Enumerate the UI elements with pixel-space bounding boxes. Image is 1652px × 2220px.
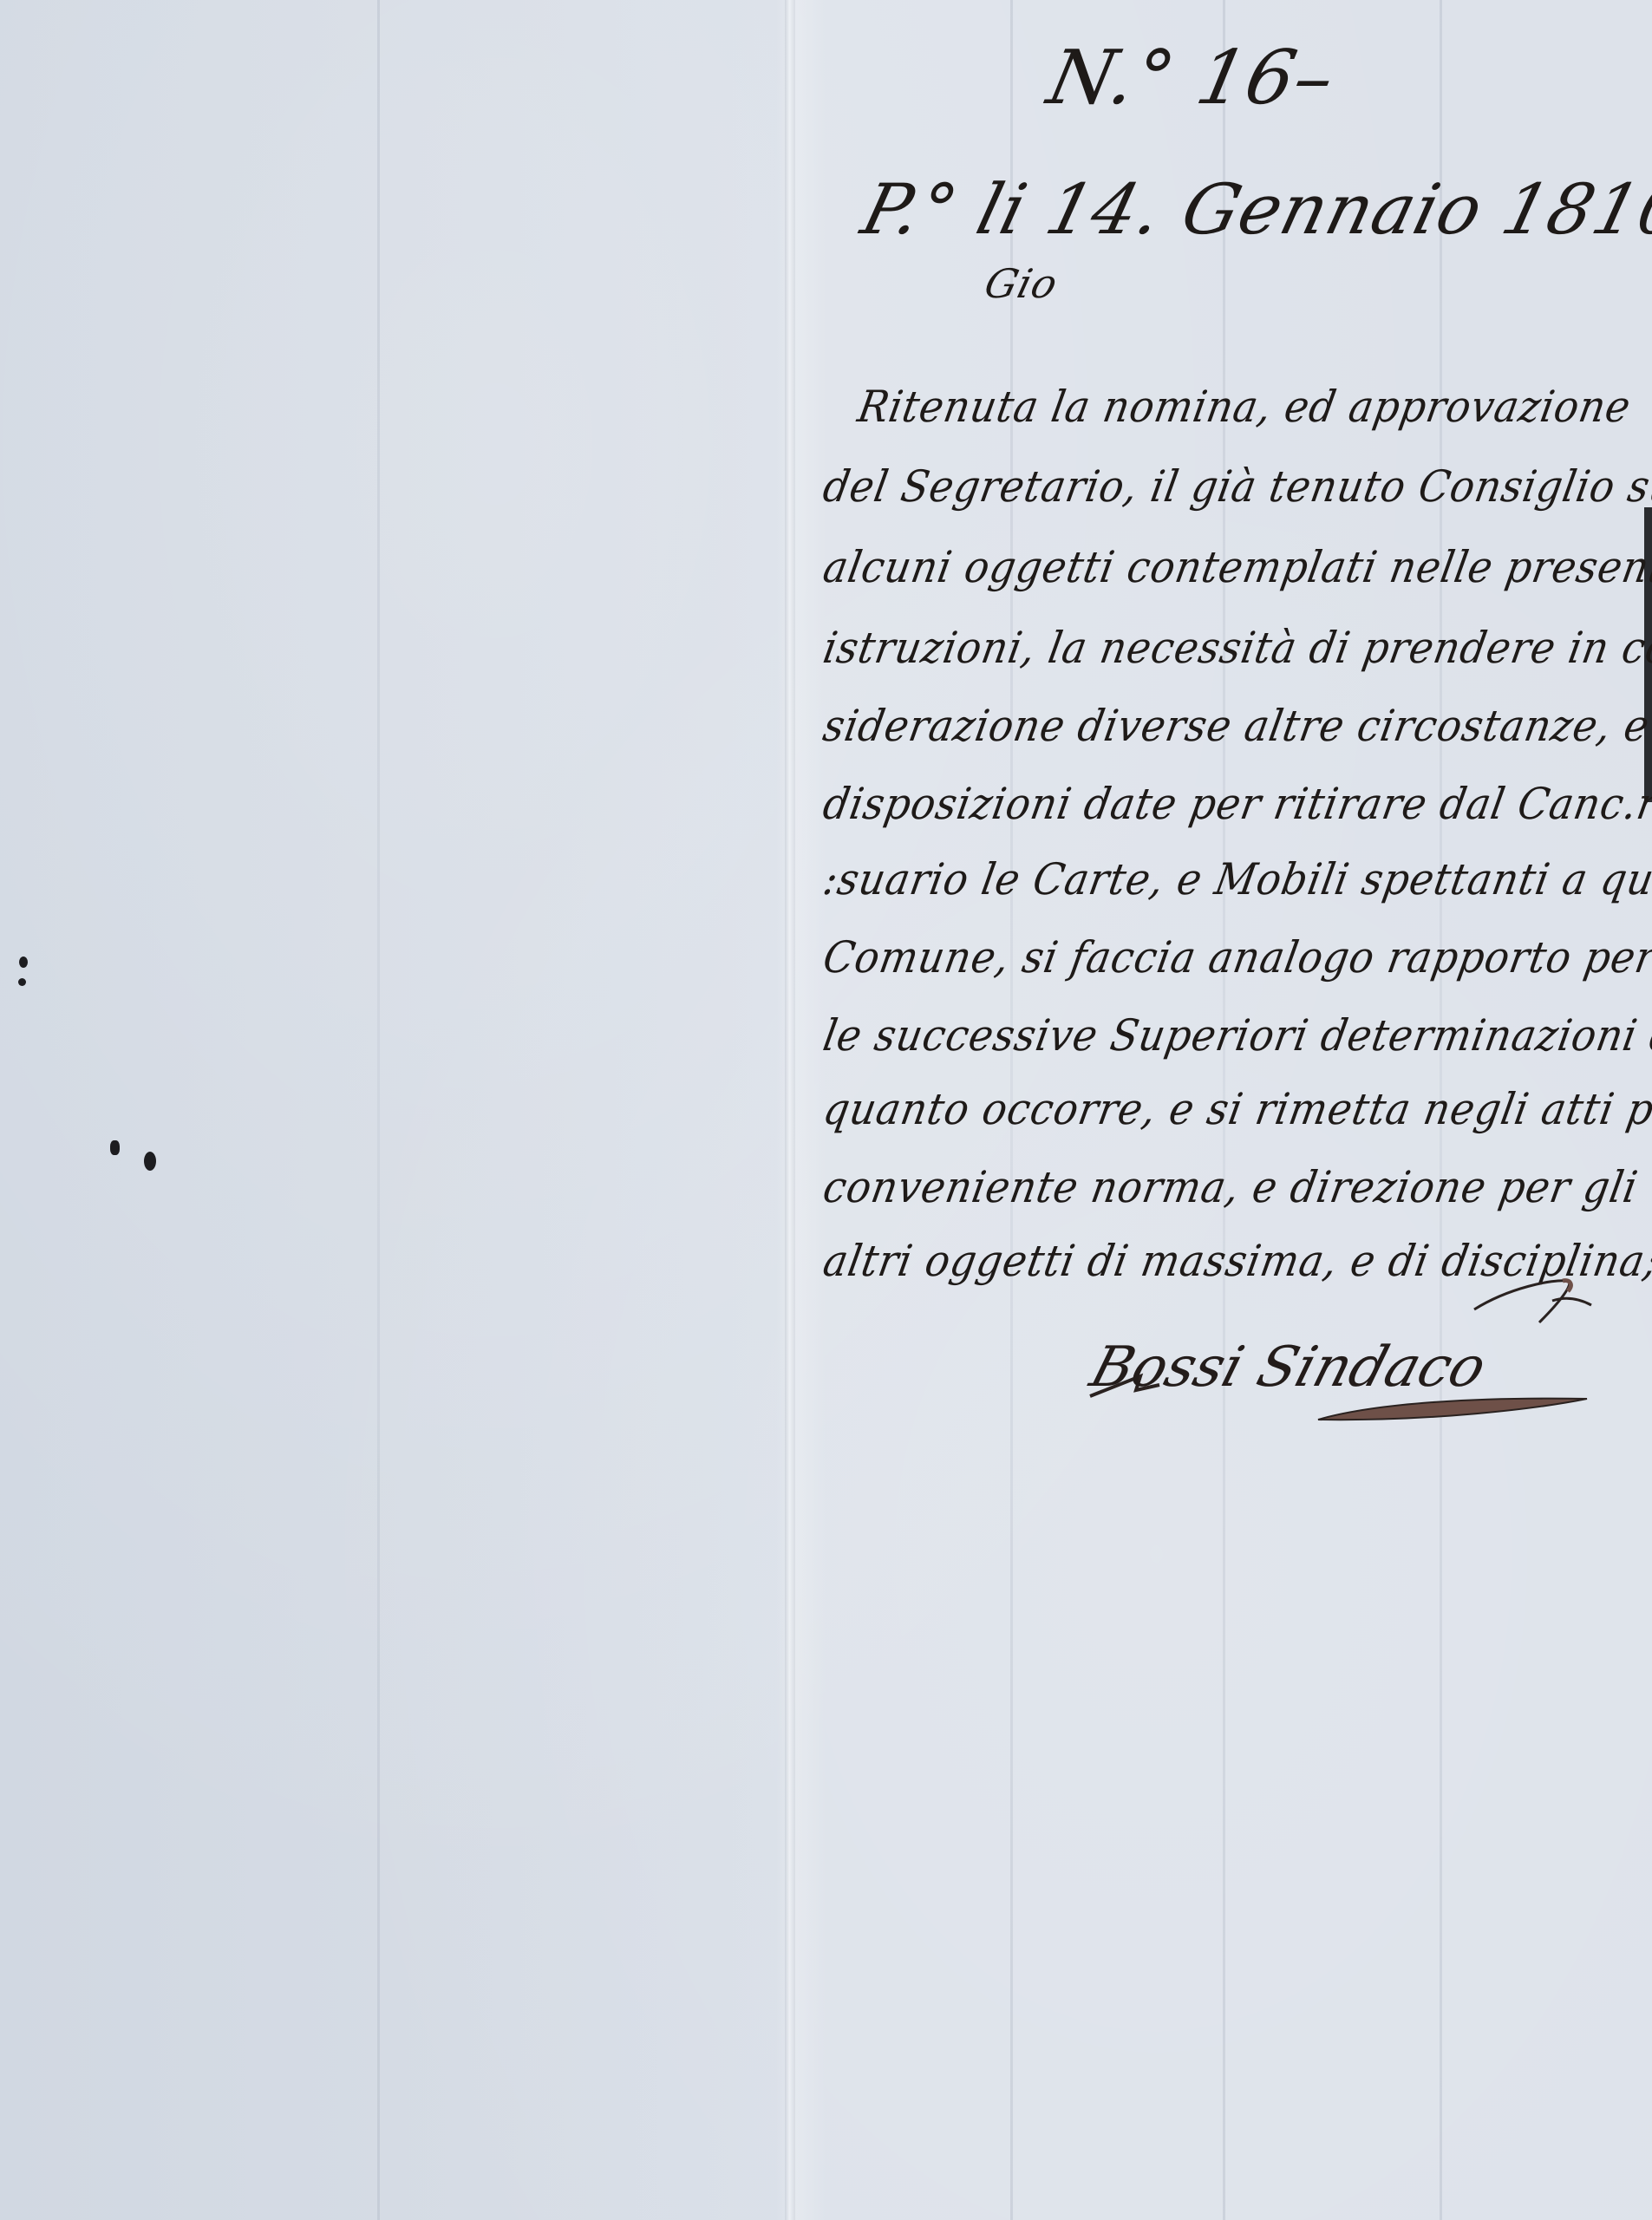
document-day-abbrev: Gio <box>980 260 1063 307</box>
body-line: le successive Superiori determinazioni d… <box>819 1010 1652 1061</box>
body-line: quanto occorre, e si rimetta negli atti … <box>819 1084 1652 1134</box>
ink-spot <box>18 978 26 986</box>
body-line: Ritenuta la nomina, ed approvazione <box>854 382 1635 432</box>
closing-flourish-icon <box>1466 1262 1596 1331</box>
document-scan: N.° 16– P.° li 14. Gennaio 1810. Gio Rit… <box>0 0 1652 2220</box>
body-line: alcuni oggetti contemplati nelle present… <box>819 542 1652 592</box>
paper-chain-line <box>377 0 380 2220</box>
ink-spot <box>110 1140 120 1155</box>
body-line: conveniente norma, e direzione per gli <box>819 1162 1642 1212</box>
left-page-blank <box>0 0 789 2220</box>
body-line: istruzioni, la necessità di prendere in … <box>819 623 1652 673</box>
body-line: Comune, si faccia analogo rapporto per <box>819 932 1652 983</box>
ink-spot <box>144 1152 156 1171</box>
body-line: disposizioni date per ritirare dal Canc.… <box>819 779 1652 829</box>
signature-underline-flourish-icon <box>1309 1392 1596 1427</box>
document-number: N.° 16– <box>1041 35 1342 121</box>
body-line: :suario le Carte, e Mobili spettanti a q… <box>819 854 1652 904</box>
body-line: siderazione diverse altre circostanze, e… <box>819 701 1652 751</box>
signature: Bossi Sindaco <box>1083 1335 1492 1400</box>
body-line: del Segretario, il già tenuto Consiglio … <box>819 461 1652 512</box>
ink-spot <box>19 957 28 968</box>
document-date: P.° li 14. Gennaio 1810. <box>854 169 1652 250</box>
center-fold <box>785 0 795 2220</box>
